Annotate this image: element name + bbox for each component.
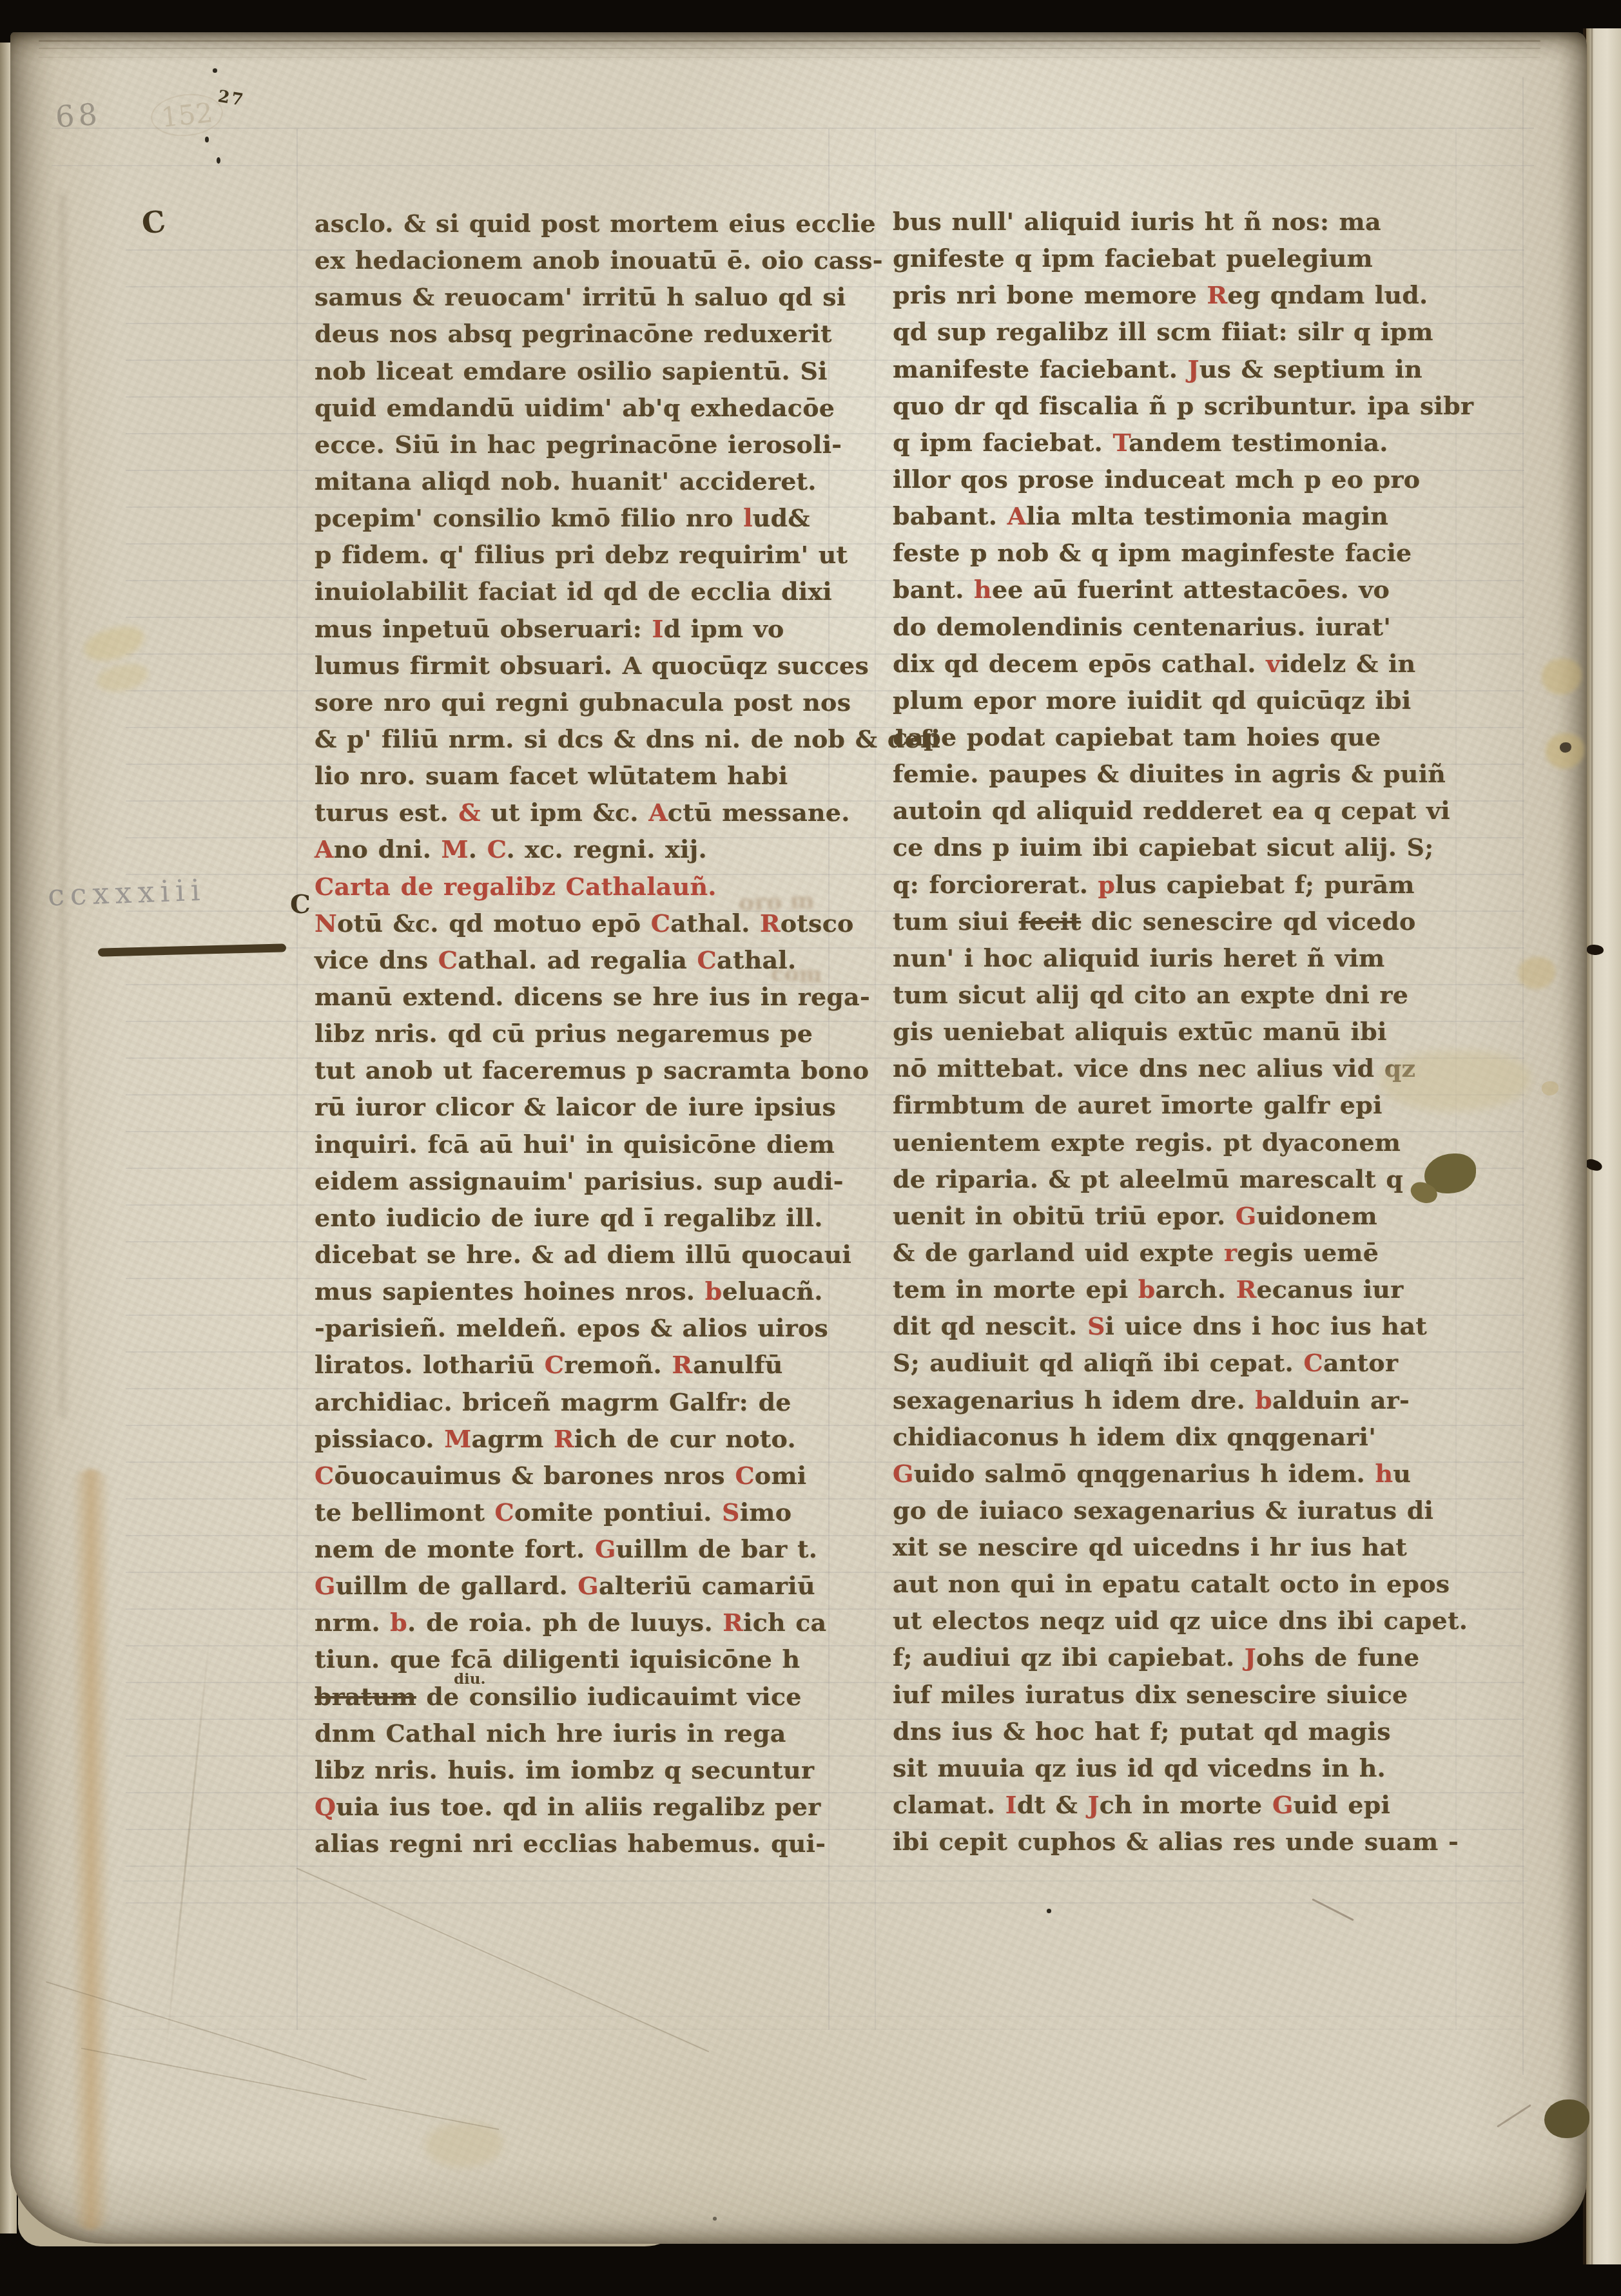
manuscript-line: dit qd nescit. Si uice dns i hoc ius hat — [893, 1307, 1460, 1344]
red-touched-letter: & — [458, 798, 481, 827]
manuscript-line: pcepim' consilio kmō filio nro lud& — [315, 499, 875, 536]
manuscript-line: sit muuia qz ius id qd vicedns in h. — [893, 1750, 1460, 1786]
ruling-line — [122, 2016, 1528, 2017]
red-touched-letter: v — [1266, 649, 1280, 678]
manuscript-line: alias regni nri ecclias habemus. qui- — [315, 1825, 875, 1862]
rubric-line: Carta de regalibz Cathalauñ. — [315, 868, 875, 905]
interlinear-addition: diu. — [454, 1670, 486, 1688]
red-touched-letter: G — [595, 1534, 616, 1563]
red-touched-letter: p — [1098, 870, 1116, 899]
manuscript-line: mus sapientes hoines nros. beluacñ. — [315, 1273, 875, 1309]
manuscript-line: pris nri bone memore Reg qndam lud. — [893, 276, 1460, 313]
manuscript-line: rū iuror clicor & laicor de iure ipsius — [315, 1088, 875, 1125]
manuscript-line: cape podat capiebat tam hoies que — [893, 719, 1460, 755]
red-touched-letter: G — [1272, 1790, 1294, 1819]
red-touched-letter: I — [1005, 1790, 1017, 1819]
ink-speck — [213, 68, 217, 73]
red-touched-letter: T — [1112, 428, 1129, 457]
manuscript-line: asclo. & si quid post mortem eius ecclie — [315, 205, 875, 242]
manuscript-line: q: forciorerat. plus capiebat f; purām — [893, 866, 1460, 903]
manuscript-line: bratum de consilio iudicauimt vice — [315, 1678, 875, 1715]
manuscript-line: sore nro qui regni gubnacula post nos — [315, 684, 875, 720]
red-touched-letter: S — [1087, 1311, 1105, 1340]
ruling-line — [122, 1880, 1528, 1882]
manuscript-line: deus nos absq pegrinacōne reduxerit — [315, 315, 875, 352]
manuscript-line: sexagenarius h idem dre. balduin ar- — [893, 1382, 1460, 1418]
page-top-edge-line — [39, 48, 1540, 49]
red-touched-letter: J — [1188, 354, 1199, 383]
red-touched-letter: A — [648, 798, 668, 827]
red-touched-letter: G — [893, 1459, 914, 1488]
manuscript-line: femie. paupes & diuites in agris & puiñ — [893, 755, 1460, 792]
manuscript-line: do demolendinis centenarius. iurat' — [893, 608, 1460, 645]
manuscript-line: & de garland uid expte regis uemē — [893, 1234, 1460, 1271]
manuscript-line: Notū &c. qd motuo epō Cathal. Rotsco — [315, 905, 875, 941]
red-touched-letter: C — [315, 1461, 334, 1490]
ink-speck — [205, 137, 209, 142]
manuscript-line: clamat. Idt & Jch in morte Guid epi — [893, 1786, 1460, 1823]
manuscript-line: tum sicut alij qd cito an expte dni re — [893, 976, 1460, 1013]
manuscript-line: de riparia. & pt aleelmū marescalt q — [893, 1161, 1460, 1197]
manuscript-line: ut electos neqz uid qz uice dns ibi cape… — [893, 1602, 1460, 1639]
manuscript-line: inuiolabilit faciat id qd de ecclia dixi — [315, 573, 875, 610]
gutter-crease — [59, 193, 66, 1418]
manuscript-line: dns ius & hoc hat f; putat qd magis — [893, 1713, 1460, 1750]
red-touched-letter: C — [735, 1461, 754, 1490]
manuscript-line: babant. Alia mlta testimonia magin — [893, 497, 1460, 534]
manuscript-line: gnifeste q ipm faciebat puelegium — [893, 240, 1460, 276]
red-touched-letter: M — [442, 834, 469, 863]
manuscript-line: chidiaconus h idem dix qnqgenari' — [893, 1418, 1460, 1455]
manuscript-line: libz nris. huis. im iombz q secuntur — [315, 1751, 875, 1788]
manuscript-line: dnm Cathal nich hre iuris in rega — [315, 1715, 875, 1751]
manuscript-line: tut anob ut faceremus p sacramta bono — [315, 1052, 875, 1088]
manuscript-line: dicebat se hre. & ad diem illū quocaui — [315, 1236, 875, 1273]
red-touched-letter: S — [722, 1498, 740, 1527]
manuscript-line: autoin qd aliquid redderet ea q cepat vi — [893, 792, 1460, 829]
manuscript-line: manū extend. dicens se hre ius in rega- — [315, 978, 875, 1015]
red-touched-letter: l — [743, 503, 753, 532]
manuscript-line: libz nris. qd cū prius negaremus pe — [315, 1015, 875, 1052]
manuscript-line: illor qos prose induceat mch p eo pro — [893, 461, 1460, 497]
manuscript-line: eidem assignauim' parisius. sup audi- — [315, 1162, 875, 1199]
manuscript-line: tum siui fecit dic senescire qd vicedo — [893, 903, 1460, 940]
red-touched-letter: h — [974, 575, 992, 604]
manuscript-line: mitana aliqd nob. huanit' accideret. — [315, 463, 875, 499]
ink-speck — [713, 2217, 717, 2221]
manuscript-line: -parisieñ. meldeñ. epos & alios uiros — [315, 1309, 875, 1346]
manuscript-line: dix qd decem epōs cathal. videlz & in — [893, 645, 1460, 682]
red-touched-letter: R — [723, 1608, 743, 1637]
manuscript-line: ex hedacionem anob inouatū ē. oio cass- — [315, 242, 875, 278]
manuscript-line: nō mittebat. vice dns nec alius vid qz — [893, 1050, 1460, 1086]
manuscript-line: ce dns p iuim ibi capiebat sicut alij. S… — [893, 829, 1460, 865]
red-touched-letter: J — [1245, 1643, 1256, 1672]
ruling-line — [122, 2029, 1528, 2030]
manuscript-line: nun' i hoc aliquid iuris heret ñ vim — [893, 940, 1460, 976]
red-touched-letter: r — [1224, 1238, 1237, 1267]
manuscript-line: mus inpetuū obseruari: Id ipm vo — [315, 610, 875, 647]
red-touched-letter: C — [495, 1498, 514, 1527]
manuscript-line: q ipm faciebat. Tandem testimonia. — [893, 424, 1460, 461]
red-touched-letter: A — [1007, 501, 1027, 530]
manuscript-line: Cōuocauimus & barones nros Comi — [315, 1457, 875, 1494]
manuscript-line: tiun. que fcā diligenti iquisicōne h — [315, 1641, 875, 1677]
red-touched-letter: G — [578, 1571, 599, 1600]
manuscript-line: vice dns Cathal. ad regalia Cathal. — [315, 941, 875, 978]
manuscript-line: lio nro. suam facet wlūtatem habi — [315, 757, 875, 794]
red-touched-letter: b — [390, 1608, 407, 1637]
manuscript-line: firmbtum de auret īmorte galfr epi — [893, 1086, 1460, 1123]
red-touched-letter: b — [1138, 1275, 1156, 1304]
gutter-band-shadow — [72, 1469, 110, 2230]
red-touched-letter: C — [651, 909, 670, 938]
manuscript-line: manifeste faciebant. Jus & septium in — [893, 351, 1460, 387]
page-top-edge-line — [39, 40, 1540, 42]
manuscript-line: liratos. lothariū Cremoñ. Ranulfū — [315, 1346, 875, 1383]
red-touched-letter: C — [697, 945, 717, 974]
red-touched-letter: C — [487, 834, 507, 863]
top-ink-mark: 27 — [217, 87, 246, 110]
manuscript-line: nrm. b. de roia. ph de luuys. Rich ca — [315, 1604, 875, 1641]
ruling-line — [1522, 77, 1524, 2075]
manuscript-line: quid emdandū uidim' ab'q exhedacōe — [315, 389, 875, 426]
manuscript-line: Guido salmō qnqgenarius h idem. hu — [893, 1455, 1460, 1492]
manuscript-line: nem de monte fort. Guillm de bar t. — [315, 1530, 875, 1567]
manuscript-line: Ano dni. M. C. xc. regni. xij. — [315, 831, 875, 867]
manuscript-photo: 68 152 27 C ccxxxiii C oro m com asclo. … — [0, 0, 1621, 2296]
red-touched-letter: C — [545, 1350, 564, 1379]
ruling-line — [52, 128, 1534, 129]
red-touched-letter: G — [315, 1571, 336, 1600]
manuscript-line: quo dr qd fiscalia ñ p scribuntur. ipa s… — [893, 387, 1460, 424]
right-text-column: bus null' aliquid iuris ht ñ nos: magnif… — [893, 203, 1460, 1860]
manuscript-line: & p' filiū nrm. si dcs & dns ni. de nob … — [315, 720, 875, 757]
red-touched-letter: R — [554, 1424, 574, 1453]
red-touched-letter: R — [672, 1350, 693, 1379]
red-touched-letter: h — [1375, 1459, 1393, 1488]
red-touched-letter: N — [315, 909, 337, 938]
manuscript-line: feste p nob & q ipm maginfeste facie — [893, 534, 1460, 571]
manuscript-line: S; audiuit qd aliqñ ibi cepat. Cantor — [893, 1344, 1460, 1381]
red-touched-letter: M — [444, 1424, 471, 1453]
manuscript-line: tem in morte epi barch. Recanus iur — [893, 1271, 1460, 1307]
manuscript-line: ento iudicio de iure qd ī regalibz ill. — [315, 1199, 875, 1236]
red-touched-letter: R — [1236, 1275, 1257, 1304]
manuscript-line: go de iuiaco sexagenarius & iuratus di — [893, 1492, 1460, 1529]
red-touched-letter: b — [705, 1277, 723, 1306]
manuscript-line: archidiac. briceñ magrm Galfr: de — [315, 1384, 875, 1420]
manuscript-line: iuf miles iuratus dix senescire siuice — [893, 1676, 1460, 1713]
manuscript-line: gis ueniebat aliquis extūc manū ibi — [893, 1013, 1460, 1050]
folio-number: 68 — [54, 97, 102, 135]
ink-speck — [217, 157, 220, 164]
manuscript-line: qd sup regalibz ill scm fiiat: silr q ip… — [893, 313, 1460, 350]
red-touched-letter: A — [315, 834, 334, 863]
manuscript-line: lumus firmit obsuari. A quocūqz succes — [315, 647, 875, 684]
red-touched-letter: G — [1236, 1201, 1257, 1230]
manuscript-line: bus null' aliquid iuris ht ñ nos: ma — [893, 203, 1460, 240]
red-touched-letter: R — [1207, 280, 1227, 309]
page-edge-notch — [1587, 945, 1604, 955]
manuscript-line: Guillm de gallard. Galteriū camariū — [315, 1567, 875, 1604]
red-touched-letter: J — [1088, 1790, 1100, 1819]
manuscript-line: te bellimont Comite pontiui. Simo — [315, 1494, 875, 1530]
manuscript-line: plum epor more iuidit qd quicūqz ibi — [893, 682, 1460, 719]
red-touched-letter: b — [1255, 1385, 1272, 1414]
manuscript-line: aut non qui in epatu catalt octo in epos — [893, 1565, 1460, 1602]
red-touched-letter: Q — [315, 1792, 336, 1821]
manuscript-line: uenit in obitū triū epor. Guidonem — [893, 1197, 1460, 1234]
page-top-edge-line — [39, 57, 1540, 58]
manuscript-line: uenientem expte regis. pt dyaconem — [893, 1124, 1460, 1161]
manuscript-line: ecce. Siū in hac pegrinacōne ierosoli- — [315, 426, 875, 463]
manuscript-line: nob liceat emdare osilio sapientū. Si — [315, 352, 875, 389]
ruling-line — [296, 129, 298, 2030]
margin-roman-numeral: ccxxxiii — [47, 873, 206, 913]
struck-word: fecit — [1019, 907, 1082, 936]
manuscript-line: turus est. & ut ipm &c. Actū messane. — [315, 794, 875, 831]
next-page-edge — [1583, 28, 1621, 2264]
paragraph-mark-top: C — [139, 204, 168, 242]
manuscript-line: f; audiui qz ibi capiebat. Johs de fune — [893, 1639, 1460, 1675]
manuscript-line: bant. hee aū fuerint attestacōes. vo — [893, 571, 1460, 608]
red-touched-letter: C — [438, 945, 458, 974]
manuscript-line: ibi cepit cuphos & alias res unde suam - — [893, 1823, 1460, 1860]
struck-word: bratum — [315, 1682, 416, 1711]
manuscript-line: Quia ius toe. qd in aliis regalibz per — [315, 1788, 875, 1825]
manuscript-line: pissiaco. Magrm Rich de cur noto. — [315, 1420, 875, 1457]
manuscript-line: p fidem. q' filius pri debz requirim' ut — [315, 536, 875, 573]
red-touched-letter: I — [652, 614, 663, 643]
ink-speck — [1047, 1909, 1051, 1913]
manuscript-line: samus & reuocam' irritū h saluo qd si — [315, 278, 875, 315]
ruling-line — [52, 165, 1534, 166]
manuscript-line: inquiri. fcā aū hui' in quisicōne diem — [315, 1126, 875, 1162]
left-text-column: asclo. & si quid post mortem eius ecclie… — [315, 205, 875, 1862]
red-touched-letter: R — [760, 909, 781, 938]
paragraph-mark-rubric: C — [290, 889, 311, 920]
manuscript-line: xit se nescire qd uicedns i hr ius hat — [893, 1529, 1460, 1565]
red-touched-letter: C — [1303, 1348, 1323, 1377]
